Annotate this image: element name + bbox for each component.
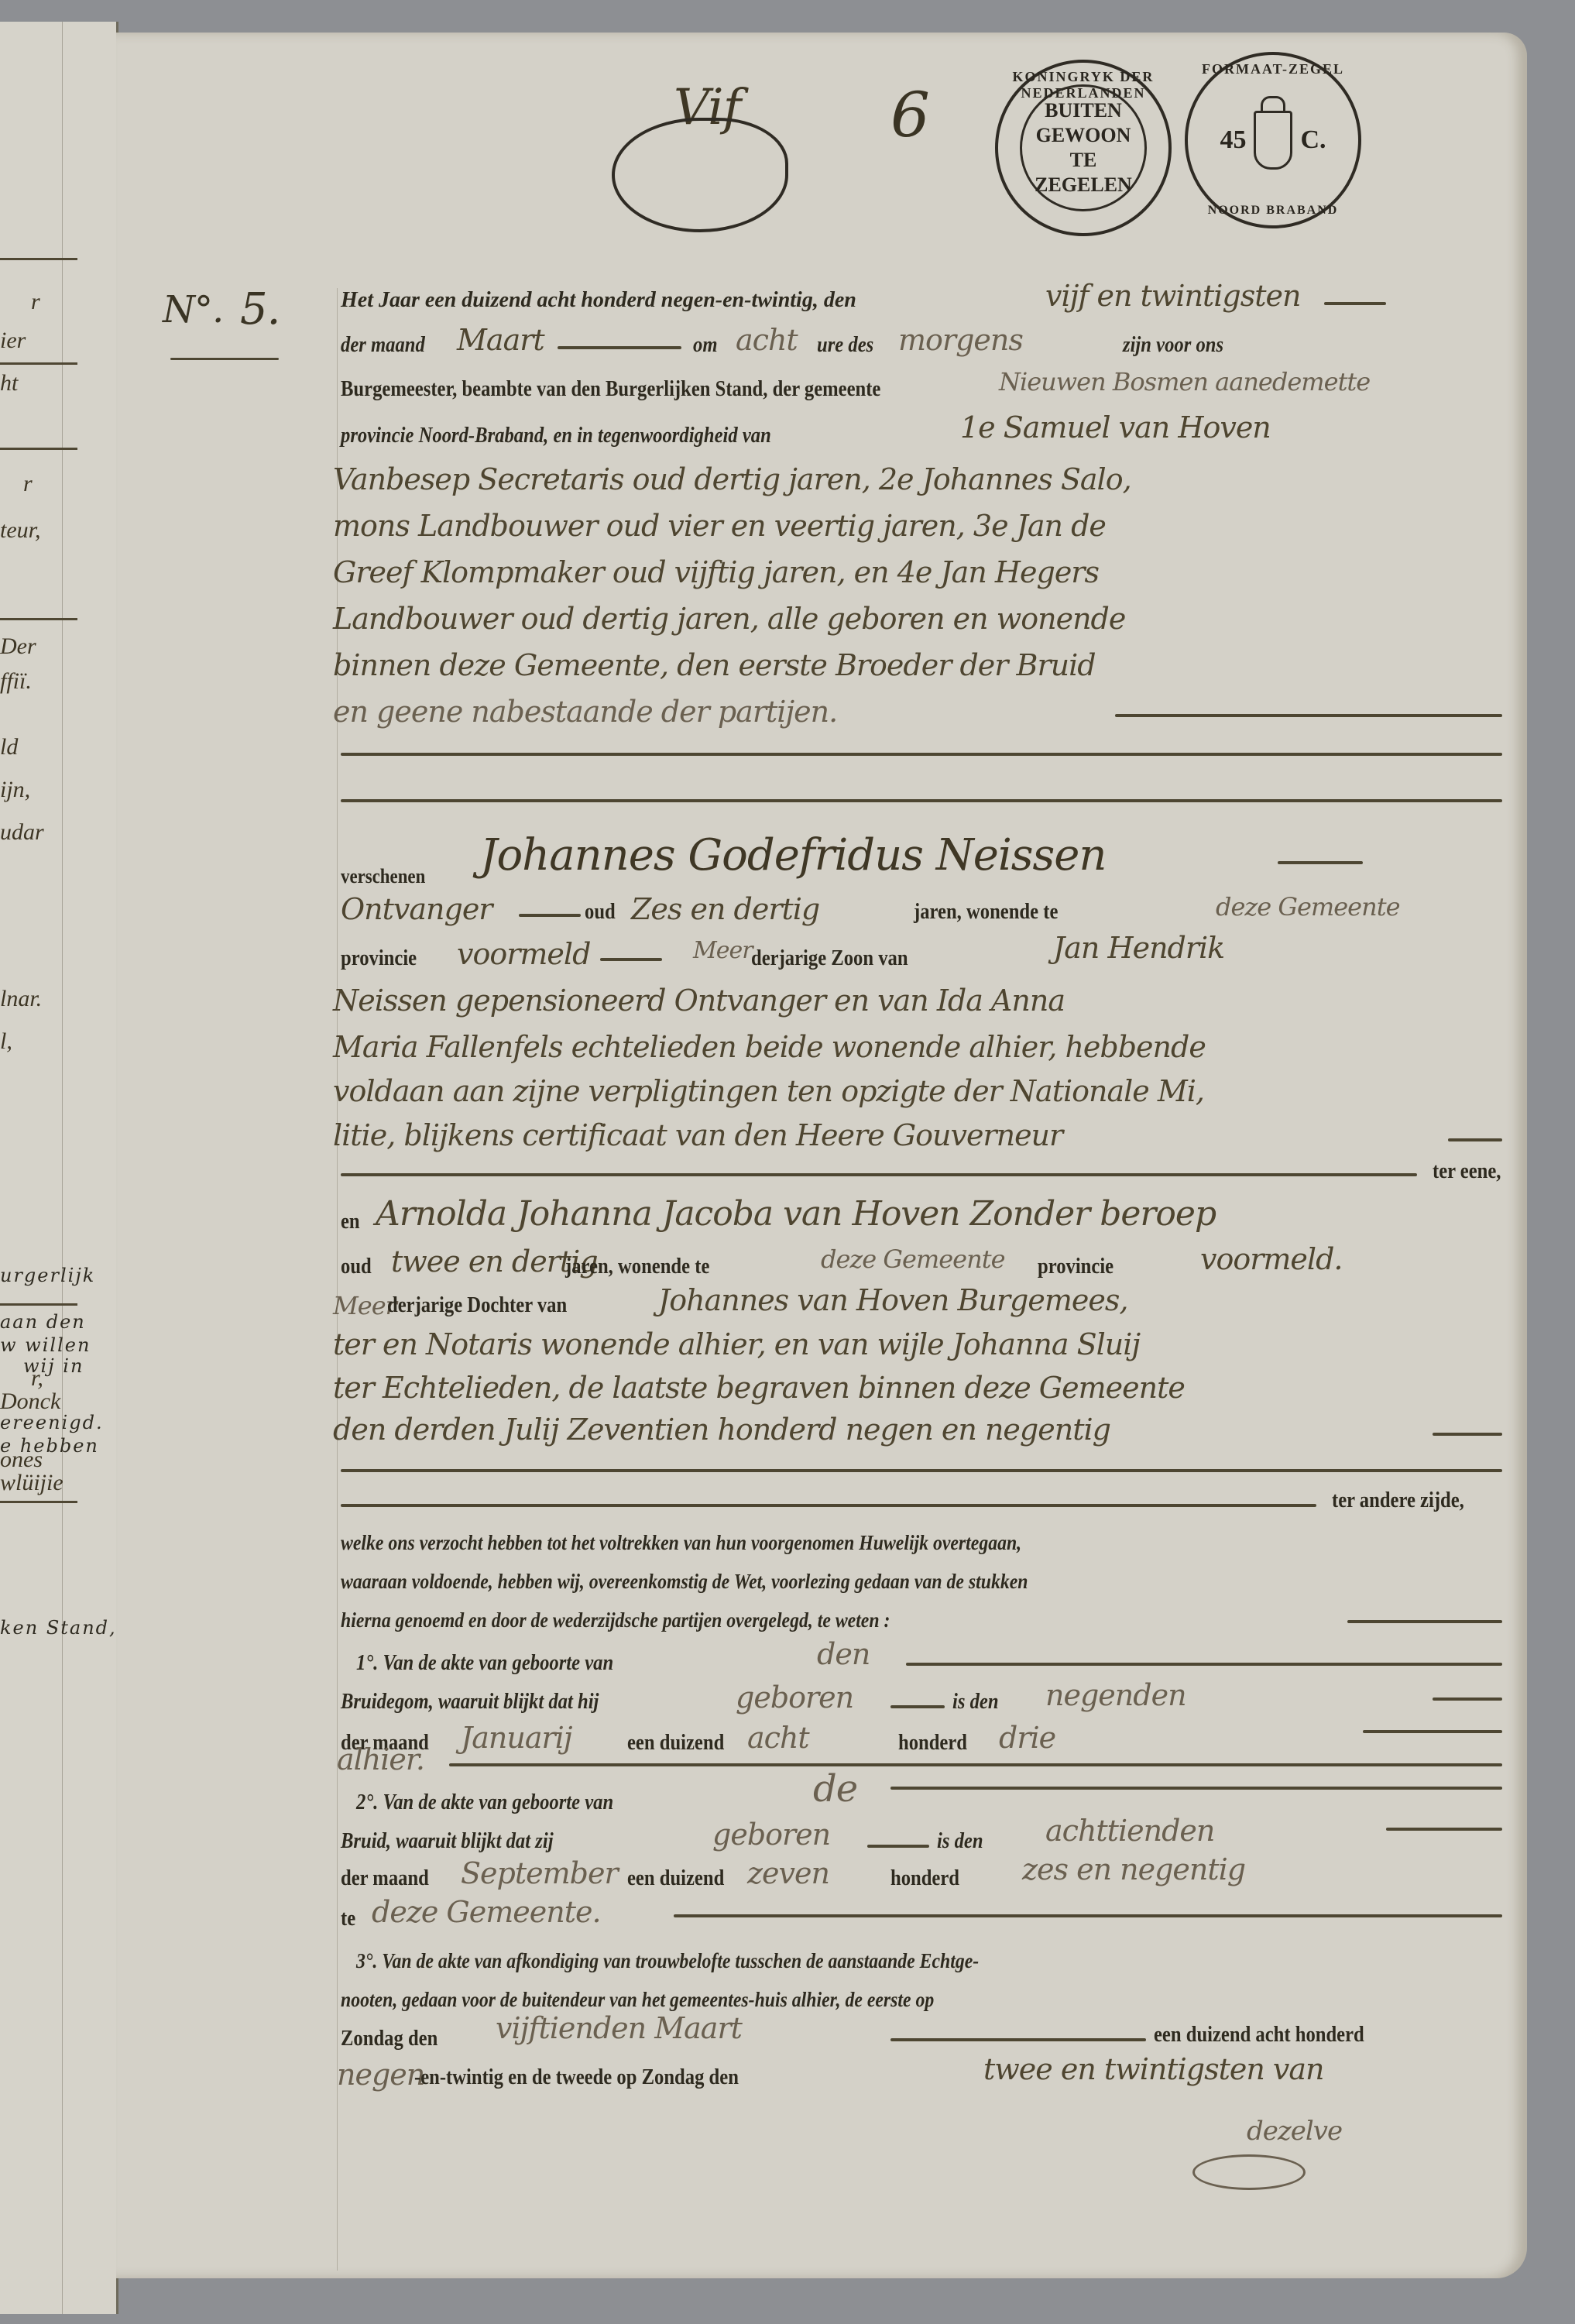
fill-rule [519, 914, 581, 917]
witness-line: en geene nabestaande der partijen. [333, 695, 837, 729]
stamp-line: ZEGELEN [1035, 173, 1132, 197]
number-underline [170, 358, 279, 360]
groom-age: Zes en dertig [631, 892, 819, 926]
stamp-line: BUITEN [1045, 98, 1122, 123]
bride-line: ter Echtelieden, de laatste begraven bin… [333, 1371, 1185, 1405]
groom-line: Maria Fallenfels echtelieden beide wonen… [333, 1030, 1206, 1064]
left-fragment: l, [0, 1028, 12, 1055]
fill-rule [341, 1173, 1417, 1176]
record-page: Vif 6 KONINGRYK DER NEDERLANDEN BUITEN G… [116, 33, 1527, 2278]
fill-rule [558, 346, 681, 349]
left-fragment: ld [0, 734, 18, 760]
handwritten-born: geboren [712, 1818, 830, 1852]
handwritten-year: zes en negentig [1022, 1852, 1245, 1886]
rule [0, 1303, 77, 1306]
fill-rule [1347, 1620, 1502, 1623]
printed-text: ter andere zijde, [1332, 1488, 1464, 1513]
stamp-value: 45 [1220, 125, 1246, 155]
handwritten-article: den [817, 1637, 870, 1671]
left-page-edge: r ier ht r teur, Der ffiï. ld ijn, udar … [0, 22, 118, 2314]
printed-text: nooten, gedaan voor de buitendeur van he… [341, 1988, 934, 2012]
rule [0, 362, 77, 365]
handwritten-second-sunday: twee en twintigsten van [983, 2052, 1323, 2086]
printed-text: oud [341, 1255, 372, 1279]
tax-stamp-formaat-zegel: FORMAAT-ZEGEL 45 C. NOORD BRABAND [1185, 52, 1361, 228]
rule [0, 1501, 77, 1503]
printed-text: is den [952, 1690, 999, 1715]
printed-text: der maand [341, 333, 425, 358]
fill-rule [1278, 861, 1363, 864]
signature-flourish [1192, 2154, 1306, 2190]
handwritten-year: negen [337, 2058, 424, 2092]
witness-line: mons Landbouwer oud vier en veertig jare… [333, 509, 1106, 543]
rule [0, 618, 77, 620]
intro-line-1: Het Jaar een duizend acht honderd negen-… [341, 288, 856, 313]
handwritten-prefix: Meer [693, 937, 753, 964]
left-printed-fragment: ereenigd. [0, 1412, 104, 1433]
groom-occupation: Ontvanger [341, 892, 492, 926]
left-fragment: r [31, 289, 40, 315]
printed-text: oud [585, 900, 616, 925]
handwritten-first-sunday: vijftienden Maart [496, 2011, 742, 2045]
fill-rule [890, 1787, 1502, 1790]
fill-rule [867, 1845, 929, 1848]
left-printed-fragment: ken Stand, [0, 1617, 117, 1639]
left-fragment: Der [0, 633, 36, 660]
fill-rule [1363, 1730, 1502, 1733]
fill-rule [341, 1504, 1316, 1507]
left-hand-fragment: ones [0, 1447, 43, 1473]
handwritten-witness-1: 1e Samuel van Hoven [960, 410, 1271, 445]
act-number-label: N°. [163, 288, 223, 331]
printed-text: verschenen [341, 865, 425, 888]
request-line: welke ons verzocht hebben tot het voltre… [341, 1531, 1021, 1555]
margin-line [62, 22, 63, 2314]
printed-text: te [341, 1907, 355, 1931]
bride-province: voormeld. [1200, 1242, 1342, 1276]
handwritten-birth-month: Januarij [461, 1721, 572, 1755]
handwritten-century: acht [747, 1721, 809, 1755]
printed-text: een duizend acht honderd [1154, 2023, 1364, 2048]
stamp-ring-text: FORMAAT-ZEGEL [1202, 61, 1344, 77]
groom-father: Jan Hendrik [1053, 931, 1224, 965]
printed-text: en [341, 1210, 360, 1234]
fill-rule [1448, 1138, 1502, 1141]
printed-text: -en-twintig en de tweede op Zondag den [414, 2065, 739, 2090]
left-hand-fragment: Donck [0, 1389, 60, 1415]
handwritten-year: drie [999, 1721, 1055, 1755]
printed-text: 1°. Van de akte van geboorte van [356, 1651, 613, 1676]
fill-rule [449, 1763, 1502, 1766]
catchword: dezelve [1247, 2116, 1342, 2147]
registry-flourish [612, 118, 788, 232]
left-hand-fragment: wlüijie [0, 1470, 63, 1496]
bride-residence: deze Gemeente [821, 1244, 1005, 1274]
left-fragment: ier [0, 328, 26, 354]
fill-rule [600, 958, 662, 961]
request-line: hierna genoemd en door de wederzijdsche … [341, 1608, 890, 1632]
handwritten-born: geboren [736, 1680, 853, 1715]
left-printed-fragment: urgerlijk [0, 1265, 95, 1286]
rule [0, 448, 77, 450]
left-fragment: ht [0, 370, 18, 396]
handwritten-birth-day: achttienden [1045, 1814, 1214, 1848]
groom-province: voormeld [457, 937, 590, 971]
printed-text: ure des [817, 333, 873, 358]
handwritten-municipality: Nieuwen Bosmen aanedemette [999, 367, 1370, 396]
printed-text: een duizend [627, 1866, 724, 1891]
left-fragment: r [23, 471, 33, 497]
act-number: 5. [240, 284, 280, 335]
groom-residence: deze Gemeente [1216, 892, 1400, 922]
printed-text: derjarige Dochter van [387, 1293, 567, 1318]
printed-text: ter eene, [1433, 1159, 1501, 1184]
request-line: waaraan voldoende, hebben wij, overeenko… [341, 1570, 1028, 1594]
handwritten-birthplace: deze Gemeente. [372, 1895, 601, 1929]
handwritten-day: vijf en twintigsten [1045, 279, 1301, 313]
fill-rule [1324, 302, 1386, 305]
fill-rule [1433, 1698, 1502, 1701]
fill-rule [906, 1663, 1502, 1666]
stamp-line: TE [1070, 148, 1097, 173]
printed-text: jaren, wonende te [565, 1255, 709, 1279]
stamp-line: GEWOON [1036, 123, 1131, 148]
printed-text: Bruid, waaruit blijkt dat zij [341, 1829, 554, 1854]
printed-text: om [693, 333, 717, 358]
left-fragment: ffiï. [0, 668, 32, 695]
printed-text: Burgemeester, beambte van den Burgerlijk… [341, 377, 880, 402]
groom-name: Johannes Godefridus Neissen [480, 830, 1106, 881]
bride-father: Johannes van Hoven Burgemees, [658, 1283, 1127, 1317]
left-fragment: lnar. [0, 986, 42, 1012]
printed-text: provincie [1038, 1255, 1113, 1279]
handwritten-birth-day: negenden [1045, 1678, 1186, 1712]
coat-of-arms-icon [1254, 111, 1292, 170]
witness-line: Vanbesep Secretaris oud dertig jaren, 2e… [333, 462, 1131, 496]
printed-text: der maand [341, 1866, 429, 1891]
handwritten-century: zeven [747, 1856, 829, 1890]
printed-text: is den [937, 1829, 983, 1854]
groom-line: voldaan aan zijne verpligtingen ten opzi… [333, 1074, 1204, 1108]
bride-name: Arnolda Johanna Jacoba van Hoven Zonder … [376, 1194, 1216, 1234]
bride-line: den derden Julij Zeventien honderd negen… [333, 1413, 1110, 1447]
printed-text: 3°. Van de akte van afkondiging van trou… [356, 1949, 979, 1973]
handwritten-birthplace: alhier. [337, 1742, 424, 1776]
printed-text: Het Jaar een duizend acht honderd negen-… [341, 288, 856, 312]
rule [0, 258, 77, 260]
printed-text: derjarige Zoon van [751, 946, 908, 971]
fill-rule [341, 753, 1502, 756]
witness-line: Greef Klompmaker oud vijftig jaren, en 4… [333, 555, 1099, 589]
printed-text: Zondag den [341, 2027, 437, 2051]
left-printed-fragment: aan den [0, 1311, 86, 1333]
printed-text: provincie Noord-Braband, en in tegenwoor… [341, 424, 771, 448]
left-fragment: udar [0, 819, 44, 846]
printed-text: Bruidegom, waaruit blijkt dat hij [341, 1690, 599, 1715]
handwritten-time-of-day: morgens [898, 323, 1023, 357]
handwritten-hour: acht [736, 323, 798, 357]
witness-line: binnen deze Gemeente, den eerste Broeder… [333, 648, 1096, 682]
stamp-ring-text: KONINGRYK DER NEDERLANDEN [998, 69, 1168, 101]
witness-line: Landbouwer oud dertig jaren, alle gebore… [333, 602, 1125, 636]
fill-rule [1433, 1433, 1502, 1436]
bride-line: ter en Notaris wonende alhier, en van wi… [333, 1327, 1140, 1361]
printed-text: een duizend [627, 1731, 724, 1756]
printed-text: provincie [341, 946, 417, 971]
printed-text: honderd [898, 1731, 967, 1756]
handwritten-birth-month: September [461, 1856, 618, 1890]
stamp-ring-text: NOORD BRABAND [1208, 204, 1339, 218]
fill-rule [1386, 1828, 1502, 1831]
fill-rule [1115, 714, 1502, 717]
stamp-unit: C. [1300, 125, 1326, 155]
fill-rule [674, 1914, 1502, 1917]
printed-text: 2°. Van de akte van geboorte van [356, 1790, 613, 1815]
handwritten-article: de [813, 1767, 857, 1811]
groom-line: litie, blijkens certificaat van den Heer… [333, 1118, 1062, 1152]
page-number: 6 [890, 79, 929, 151]
left-fragment: teur, [0, 517, 41, 544]
tax-stamp-buitengewoon: KONINGRYK DER NEDERLANDEN BUITEN GEWOON … [995, 60, 1172, 236]
fill-rule [341, 799, 1502, 802]
handwritten-month: Maart [457, 323, 544, 357]
left-printed-fragment: w willen [0, 1334, 91, 1356]
fill-rule [890, 2038, 1146, 2041]
groom-line: Neissen gepensioneerd Ontvanger en van I… [333, 983, 1065, 1018]
fill-rule [890, 1705, 945, 1708]
printed-text: jaren, wonende te [914, 900, 1058, 925]
fill-rule [341, 1469, 1502, 1472]
printed-text: zijn voor ons [1123, 333, 1223, 358]
left-hand-fragment: r, [31, 1365, 43, 1392]
left-fragment: ijn, [0, 777, 30, 803]
printed-text: honderd [890, 1866, 959, 1891]
